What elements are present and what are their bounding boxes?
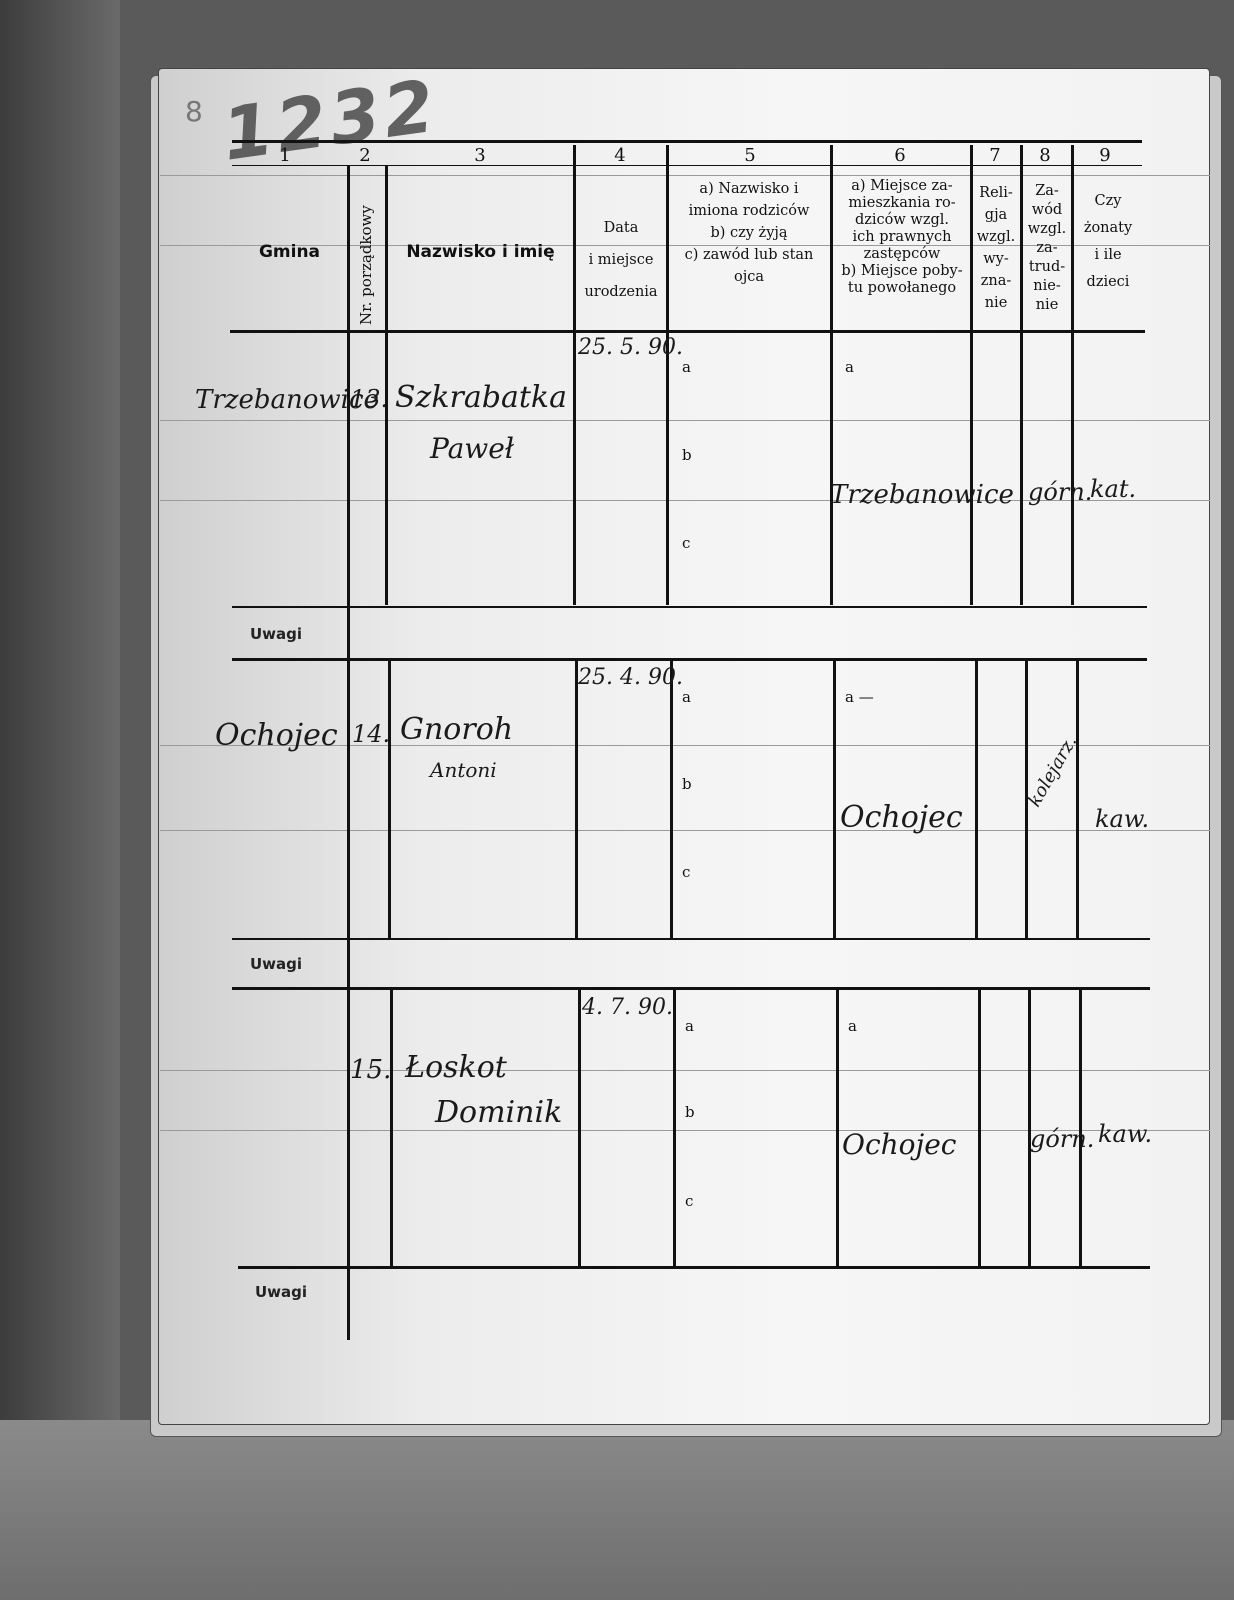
col-num-6: 6 xyxy=(885,145,915,166)
col-divider-4 xyxy=(670,660,673,940)
header-bottom-rule xyxy=(230,330,1145,333)
col-divider-1 xyxy=(347,165,350,1340)
birth-date-value: 4. 7. 90. xyxy=(582,995,673,1020)
col-num-3: 3 xyxy=(465,145,495,166)
col-num-4: 4 xyxy=(605,145,635,166)
record-2-bottom-rule xyxy=(232,938,1150,940)
rule-line xyxy=(160,175,1210,176)
record-1-bottom-rule xyxy=(232,606,1147,608)
remarks-label-3: Uwagi xyxy=(255,1283,307,1301)
surname-value: Szkrabatka xyxy=(395,380,567,415)
col-num-8: 8 xyxy=(1030,145,1060,166)
col-divider-5 xyxy=(833,660,836,940)
col-divider-4 xyxy=(673,990,676,1268)
gmina-value: Ochojec xyxy=(215,718,338,753)
given-name-value: Dominik xyxy=(435,1095,562,1130)
col-divider-6 xyxy=(970,145,973,605)
residence-b-value: Ochojec xyxy=(840,800,963,835)
marital-value: kaw. xyxy=(1098,1120,1152,1148)
residence-b-value: Trzebanowice xyxy=(830,480,1014,510)
col-num-1: 1 xyxy=(270,145,300,166)
header-zonaty: Czy żonaty i ile dzieci xyxy=(1073,188,1143,296)
col-num-9: 9 xyxy=(1090,145,1120,166)
header-miejsce-zamieszkania: a) Miejsce za- mieszkania ro- dziców wzg… xyxy=(832,178,972,297)
col-divider-2 xyxy=(390,990,393,1268)
col-divider-3 xyxy=(575,660,578,940)
remarks-label-1: Uwagi xyxy=(250,625,302,643)
surname-value: Gnoroh xyxy=(400,712,513,747)
col-divider-6 xyxy=(975,660,978,940)
col-divider-8 xyxy=(1071,145,1074,605)
col-num-5: 5 xyxy=(735,145,765,166)
scan-background-bottom xyxy=(0,1420,1234,1600)
header-top-rule xyxy=(232,140,1142,143)
header-zawod: Za- wód wzgl. za- trud- nie- nie xyxy=(1022,182,1072,315)
remarks-1-bottom-rule xyxy=(232,658,1147,661)
col-divider-5 xyxy=(836,990,839,1268)
parents-sub-a: a xyxy=(685,1017,694,1035)
parents-sub-a: a xyxy=(682,358,691,376)
given-name-value: Antoni xyxy=(430,758,497,782)
scan-background xyxy=(0,0,120,1600)
col-divider-7 xyxy=(1020,145,1023,605)
given-name-value: Paweł xyxy=(430,432,514,465)
residence-b-value: Ochojec xyxy=(842,1128,956,1161)
rule-line xyxy=(160,1070,1210,1071)
parents-sub-c: c xyxy=(682,534,690,552)
header-rodzice: a) Nazwisko i imiona rodziców b) czy żyj… xyxy=(668,178,830,288)
occupation-value: górn. xyxy=(1030,1125,1094,1153)
nr-value: 13. xyxy=(350,385,388,413)
header-nazwisko-imie: Nazwisko i imię xyxy=(388,243,573,262)
residence-sub-a: a xyxy=(845,358,854,376)
remarks-2-bottom-rule xyxy=(232,987,1150,990)
record-3-bottom-rule xyxy=(238,1266,1150,1269)
nr-value: 14. xyxy=(352,720,390,748)
header-data-urodzenia: Data i miejsce urodzenia xyxy=(575,212,667,308)
marital-value: kaw. xyxy=(1095,805,1149,833)
header-gmina: Gmina xyxy=(232,243,347,262)
birth-date-value: 25. 4. 90. xyxy=(578,665,683,690)
header-religia: Reli- gja wzgl. wy- zna- nie xyxy=(972,182,1020,314)
rule-line xyxy=(160,830,1210,831)
marital-value: kat. xyxy=(1090,475,1136,503)
rule-line xyxy=(160,420,1210,421)
residence-sub-a: a xyxy=(848,1017,857,1035)
header-nr-porzadkowy: Nr. porządkowy xyxy=(357,205,375,325)
residence-a-value: a — xyxy=(845,688,874,706)
col-divider-6 xyxy=(978,990,981,1268)
parents-sub-b: b xyxy=(682,775,692,793)
col-num-2: 2 xyxy=(350,145,380,166)
parents-sub-a: a xyxy=(682,688,691,706)
col-divider-8 xyxy=(1076,660,1079,940)
nr-value: 15. xyxy=(350,1055,391,1085)
col-divider-3 xyxy=(573,145,576,605)
parents-sub-b: b xyxy=(685,1103,695,1121)
parents-sub-c: c xyxy=(685,1192,693,1210)
col-num-7: 7 xyxy=(980,145,1010,166)
page-mark: 8 xyxy=(185,95,203,128)
birth-date-value: 25. 5. 90. xyxy=(578,335,683,360)
surname-value: Łoskot xyxy=(405,1050,507,1085)
col-divider-4 xyxy=(666,145,669,605)
parents-sub-c: c xyxy=(682,863,690,881)
remarks-label-2: Uwagi xyxy=(250,955,302,973)
col-divider-3 xyxy=(578,990,581,1268)
occupation-value: górn. xyxy=(1028,478,1092,506)
col-divider-5 xyxy=(830,145,833,605)
parents-sub-b: b xyxy=(682,446,692,464)
col-divider-2 xyxy=(388,660,391,940)
